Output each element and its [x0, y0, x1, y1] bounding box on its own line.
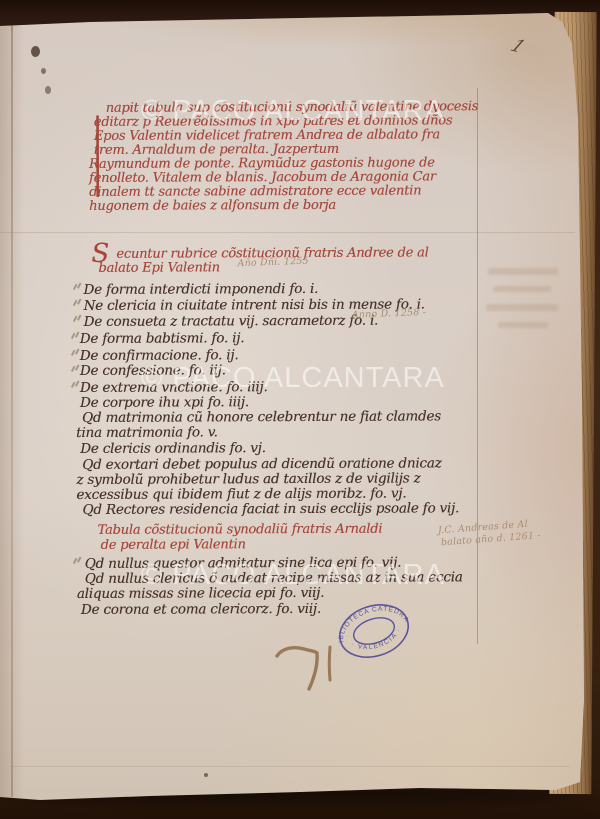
- copyright-watermark: © PACO ALCANTARA: [141, 559, 421, 592]
- manuscript-line: Tabula cõstitucionũ synodaliũ fratris Ar…: [97, 522, 382, 538]
- manuscript-line: Anno D. 1258 -: [352, 307, 427, 321]
- manuscript-line: De forma interdicti imponendi fo. i.: [83, 281, 318, 298]
- manuscript-photograph: Inapit tabula sup cõstitucionũ synodaliũ…: [0, 0, 600, 819]
- svg-text:BIBLIOTECA CATEDRAL: BIBLIOTECA CATEDRAL: [318, 585, 411, 652]
- manuscript-line: tina matrimonia fo. v.: [76, 424, 218, 441]
- manuscript-line: balato Epi Valentin: [98, 260, 219, 276]
- manuscript-line: De corona et coma clericorz. fo. viij.: [81, 601, 321, 618]
- library-stamp: BIBLIOTECA CATEDRAL · VALENCIA ·: [318, 585, 430, 677]
- manuscript-line: hugonem de baies z alfonsum de borja: [89, 198, 336, 214]
- copyright-watermark: © PACO ALCANTARA: [141, 362, 421, 395]
- manuscript-line: Qd matrimonia cũ honore celebrentur ne f…: [82, 408, 441, 426]
- stamp-text-top: BIBLIOTECA CATEDRAL: [318, 585, 411, 652]
- manuscript-line: De clericis ordinandis fo. vj.: [80, 440, 266, 457]
- manuscript-line: Qd Rectores residencia faciat in suis ec…: [82, 500, 459, 518]
- copyright-watermark: © PACO ALCANTARA: [141, 95, 421, 128]
- manuscript-line: de peralta epi Valentin: [101, 537, 246, 553]
- manuscript-line: De forma babtismi. fo. ij.: [80, 330, 245, 347]
- manuscript-line: De consueta z tractatu vij. sacrametorz …: [84, 313, 379, 330]
- manuscript-line: Año Dñi. 1255: [237, 255, 309, 269]
